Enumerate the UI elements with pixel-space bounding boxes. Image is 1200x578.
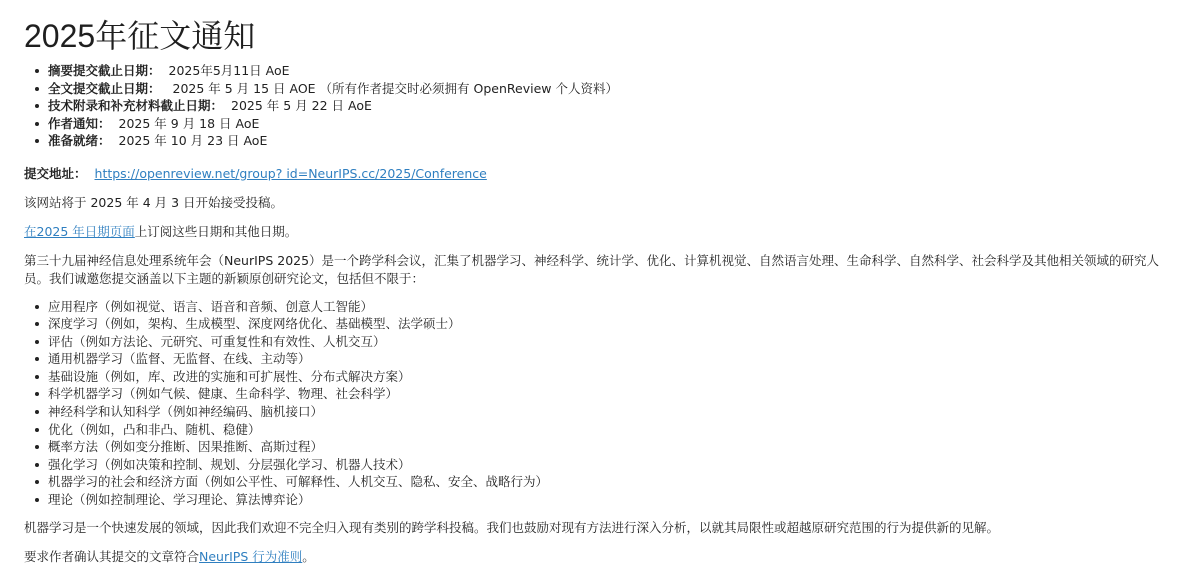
- date-item-full-paper: 全文提交截止日期： 2025 年 5 月 15 日 AOE （所有作者提交时必须…: [48, 80, 1200, 98]
- intro-paragraph: 第三十九届神经信息处理系统年会（NeurIPS 2025）是一个跨学科会议，汇集…: [24, 252, 1184, 288]
- date-item-supplementary: 技术附录和补充材料截止日期：2025 年 5 月 22 日 AoE: [48, 97, 1200, 115]
- date-item-camera-ready: 准备就绪：2025 年 10 月 23 日 AoE: [48, 132, 1200, 150]
- topic-item: 优化（例如，凸和非凸、随机、稳健）: [48, 421, 1200, 439]
- openreview-link[interactable]: https://openreview.net/group? id=NeurIPS…: [95, 166, 487, 181]
- code-of-conduct-paragraph: 要求作者确认其提交的文章符合NeurIPS 行为准则。: [24, 548, 1200, 566]
- topic-item: 科学机器学习（例如气候、健康、生命科学、物理、社会科学）: [48, 385, 1200, 403]
- topic-item: 理论（例如控制理论、学习理论、算法博弈论）: [48, 491, 1200, 509]
- dates-page-link[interactable]: 在2025 年日期页面: [24, 224, 135, 239]
- date-item-notification: 作者通知：2025 年 9 月 18 日 AoE: [48, 115, 1200, 133]
- dates-page-paragraph: 在2025 年日期页面上订阅这些日期和其他日期。: [24, 223, 1200, 241]
- important-dates-list: 摘要提交截止日期：2025年5月11日 AoE 全文提交截止日期： 2025 年…: [24, 62, 1200, 150]
- submission-address: 提交地址：https://openreview.net/group? id=Ne…: [24, 165, 1200, 183]
- topic-item: 机器学习的社会和经济方面（例如公平性、可解释性、人机交互、隐私、安全、战略行为）: [48, 473, 1200, 491]
- closing-paragraph: 机器学习是一个快速发展的领域，因此我们欢迎不完全归入现有类别的跨学科投稿。我们也…: [24, 519, 1200, 537]
- code-of-conduct-link[interactable]: NeurIPS 行为准则: [199, 549, 302, 564]
- topic-item: 通用机器学习（监督、无监督、在线、主动等）: [48, 350, 1200, 368]
- topics-list: 应用程序（例如视觉、语言、语音和音频、创意人工智能） 深度学习（例如，架构、生成…: [24, 298, 1200, 509]
- topic-item: 基础设施（例如，库、改进的实施和可扩展性、分布式解决方案）: [48, 368, 1200, 386]
- topic-item: 应用程序（例如视觉、语言、语音和音频、创意人工智能）: [48, 298, 1200, 316]
- topic-item: 概率方法（例如变分推断、因果推断、高斯过程）: [48, 438, 1200, 456]
- topic-item: 强化学习（例如决策和控制、规划、分层强化学习、机器人技术）: [48, 456, 1200, 474]
- topic-item: 神经科学和认知科学（例如神经编码、脑机接口）: [48, 403, 1200, 421]
- date-item-abstract: 摘要提交截止日期：2025年5月11日 AoE: [48, 62, 1200, 80]
- site-open-notice: 该网站将于 2025 年 4 月 3 日开始接受投稿。: [24, 194, 1200, 212]
- topic-item: 深度学习（例如，架构、生成模型、深度网络优化、基础模型、法学硕士）: [48, 315, 1200, 333]
- page-title: 2025年征文通知: [24, 16, 1200, 56]
- topic-item: 评估（例如方法论、元研究、可重复性和有效性、人机交互）: [48, 333, 1200, 351]
- page: 2025年征文通知 摘要提交截止日期：2025年5月11日 AoE 全文提交截止…: [0, 0, 1200, 566]
